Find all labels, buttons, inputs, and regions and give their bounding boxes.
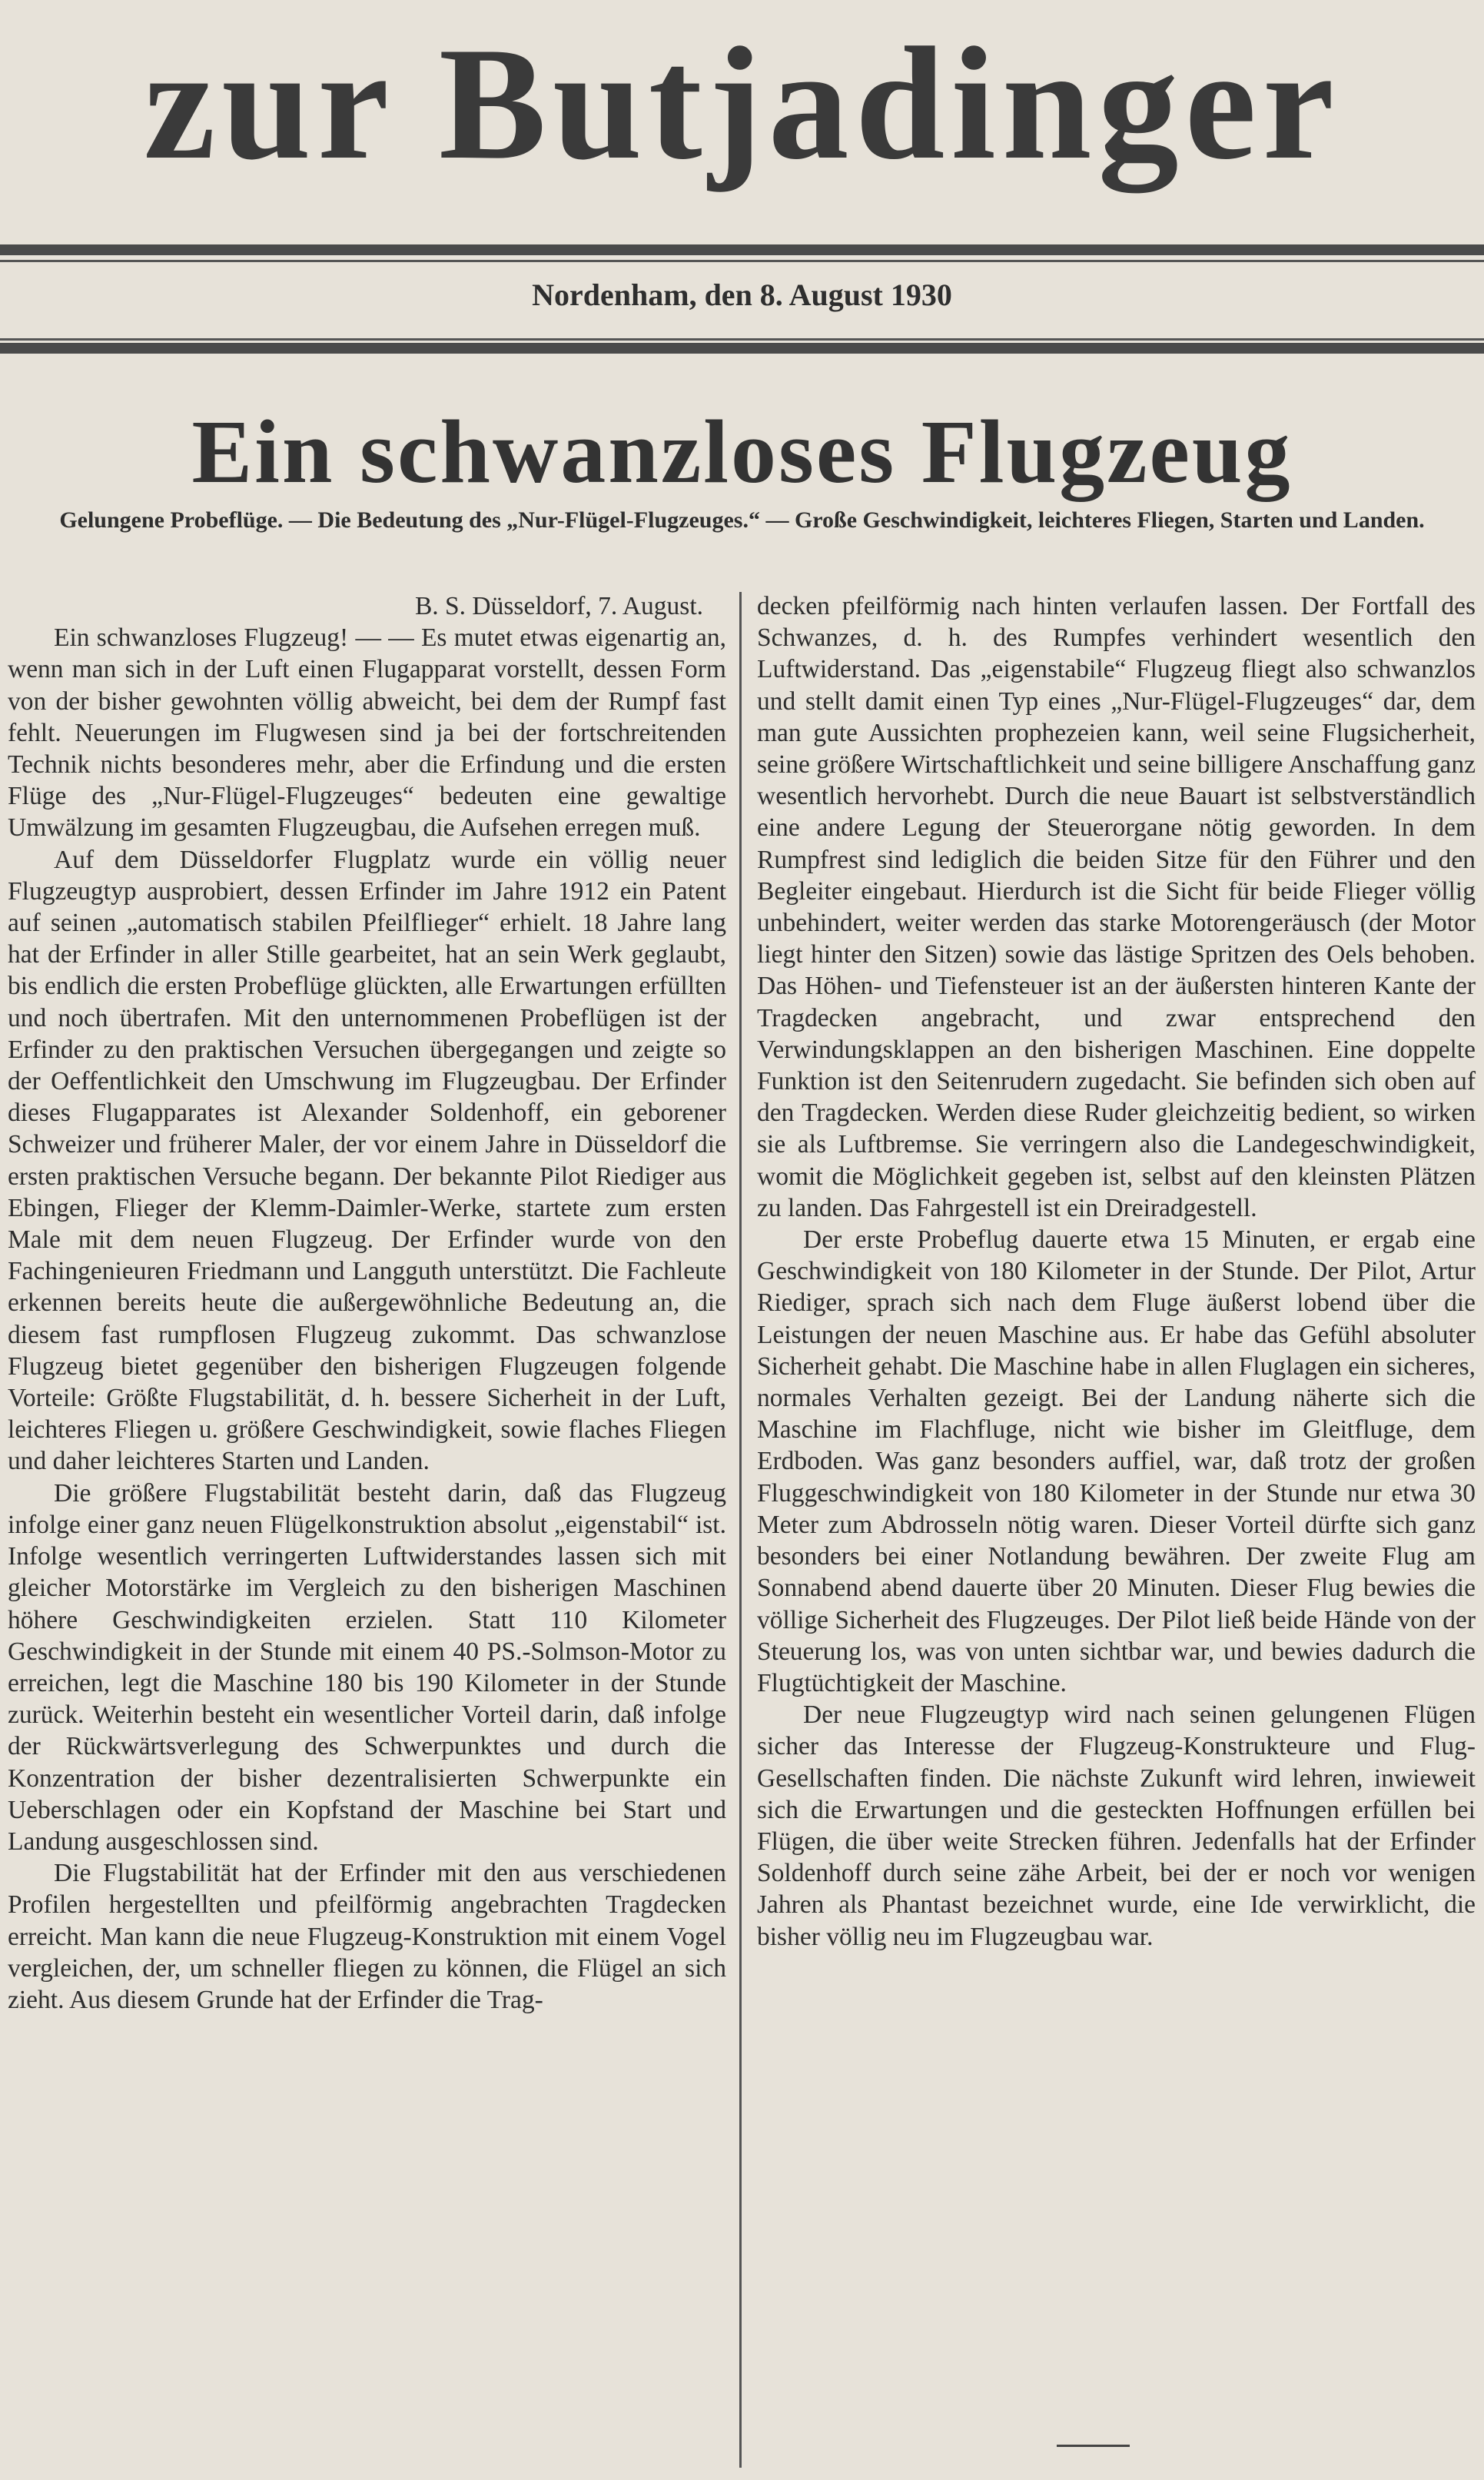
paragraph: Der neue Flugzeugtyp wird nach seinen ge…	[757, 1699, 1476, 1953]
dateline: Nordenham, den 8. August 1930	[0, 277, 1484, 313]
article-headline: Ein schwanzloses Flugzeug	[0, 400, 1484, 504]
article-subheadline: Gelungene Probeflüge. — Die Bedeutung de…	[15, 504, 1469, 537]
dateline-rule-thick	[0, 343, 1484, 354]
column-divider	[739, 592, 742, 2468]
article-column-left: B. S. Düsseldorf, 7. August. Ein schwanz…	[8, 590, 726, 2016]
paragraph: Der erste Probeflug dauerte etwa 15 Minu…	[757, 1224, 1476, 1699]
article-byline: B. S. Düsseldorf, 7. August.	[8, 590, 726, 622]
paragraph: Die größere Flugstabilität besteht darin…	[8, 1478, 726, 1857]
article-end-rule	[1057, 2445, 1130, 2447]
masthead-rule-top-thin	[0, 260, 1484, 262]
paragraph: Auf dem Düsseldorfer Flugplatz wurde ein…	[8, 844, 726, 1478]
paragraph: Die Flugstabilität hat der Erfinder mit …	[8, 1857, 726, 2016]
article-column-right: decken pfeilförmig nach hinten verlaufen…	[757, 590, 1476, 1953]
paragraph: decken pfeilförmig nach hinten verlaufen…	[757, 590, 1476, 1224]
dateline-rule-thin	[0, 338, 1484, 341]
paragraph: Ein schwanzloses Flugzeug! — — Es mutet …	[8, 622, 726, 843]
masthead-rule-top	[0, 244, 1484, 255]
masthead: zur Butjadinger	[0, 0, 1484, 238]
newspaper-title: zur Butjadinger	[0, 23, 1484, 185]
